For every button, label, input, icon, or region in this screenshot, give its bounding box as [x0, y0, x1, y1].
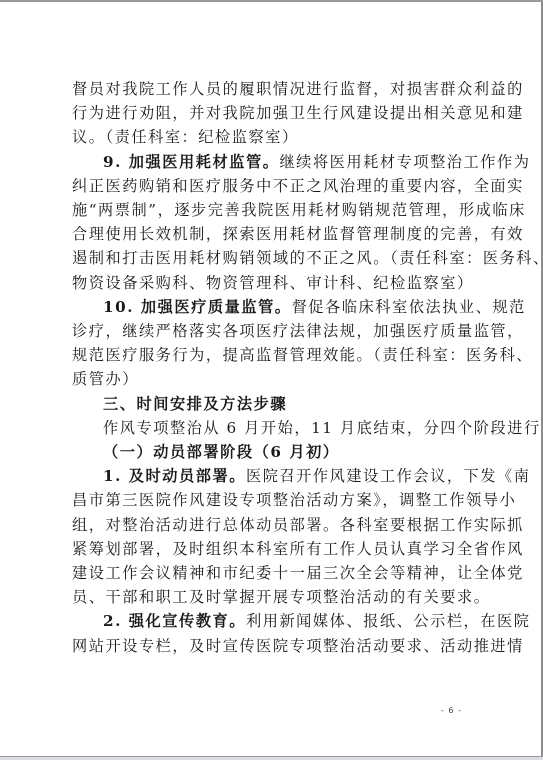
- text-line: 议。（责任科室：纪检监察室）: [72, 125, 472, 149]
- page-number: - 6 -: [441, 706, 462, 715]
- text-line: 合理使用长效机制，探索医用耗材监督管理制度的完善，有效: [72, 222, 472, 246]
- step-1-paragraph: 1. 及时动员部署。医院召开作风建设工作会议，下发《南: [72, 464, 472, 488]
- text-span: 利用新闻媒体、报纸、公示栏，在医院: [246, 612, 531, 630]
- text-line: 行为进行劝阻，并对我院加强卫生行风建设提出相关意见和建: [72, 101, 472, 125]
- text-line: 督员对我院工作人员的履职情况进行监督，对损害群众利益的: [72, 77, 472, 101]
- text-line: 质管办）: [72, 367, 472, 391]
- item-10-paragraph: 10. 加强医疗质量监管。督促各临床科室依法执业、规范: [72, 295, 472, 319]
- text-line: 规范医疗服务行为，提高监督管理效能。（责任科室：医务科、: [72, 343, 472, 367]
- step-2-heading: 2. 强化宣传教育。: [103, 612, 246, 630]
- text-span: 继续将医用耗材专项整治工作作为: [279, 153, 530, 171]
- section-3-title: 三、时间安排及方法步骤: [72, 392, 472, 416]
- section-3-intro: 作风专项整治从 6 月开始，11 月底结束，分四个阶段进行：: [72, 416, 472, 440]
- text-line: 遏制和打击医用耗材购销领域的不正之风。（责任科室：医务科、: [72, 246, 472, 270]
- text-line: 建设工作会议精神和市纪委十一届三次全会等精神，让全体党: [72, 561, 472, 585]
- document-page: 督员对我院工作人员的履职情况进行监督，对损害群众利益的 行为进行劝阻，并对我院加…: [0, 2, 543, 756]
- text-line: 物资设备采购科、物资管理科、审计科、纪检监察室）: [72, 271, 472, 295]
- item-9-heading: 9. 加强医用耗材监管。: [103, 153, 279, 171]
- text-line: 纠正医药购销和医疗服务中不正之风治理的重要内容，全面实: [72, 174, 472, 198]
- text-line: 昌市第三医院作风建设专项整治活动方案》，调整工作领导小: [72, 488, 472, 512]
- text-span: 督促各临床科室依法执业、规范: [292, 298, 526, 316]
- phase-1-title: （一）动员部署阶段（6 月初）: [72, 440, 472, 464]
- text-line: 诊疗，继续严格落实各项医疗法律法规，加强医疗质量监管，: [72, 319, 472, 343]
- step-1-heading: 1. 及时动员部署。: [103, 467, 246, 485]
- step-2-paragraph: 2. 强化宣传教育。利用新闻媒体、报纸、公示栏，在医院: [72, 609, 472, 633]
- item-10-heading: 10. 加强医疗质量监管。: [103, 298, 292, 316]
- document-body: 督员对我院工作人员的履职情况进行监督，对损害群众利益的 行为进行劝阻，并对我院加…: [72, 77, 472, 658]
- text-line: 员、干部和职工及时掌握开展专项整治活动的有关要求。: [72, 585, 472, 609]
- text-line: 施“两票制”，逐步完善我院医用耗材购销规范管理，形成临床: [72, 198, 472, 222]
- text-line: 紧筹划部署，及时组织本科室所有工作人员认真学习全省作风: [72, 537, 472, 561]
- text-line: 组，对整治活动进行总体动员部署。各科室要根据工作实际抓: [72, 513, 472, 537]
- text-line: 网站开设专栏，及时宣传医院专项整治活动要求、活动推进情: [72, 634, 472, 658]
- text-span: 医院召开作风建设工作会议，下发《南: [246, 467, 531, 485]
- item-9-paragraph: 9. 加强医用耗材监管。继续将医用耗材专项整治工作作为: [72, 150, 472, 174]
